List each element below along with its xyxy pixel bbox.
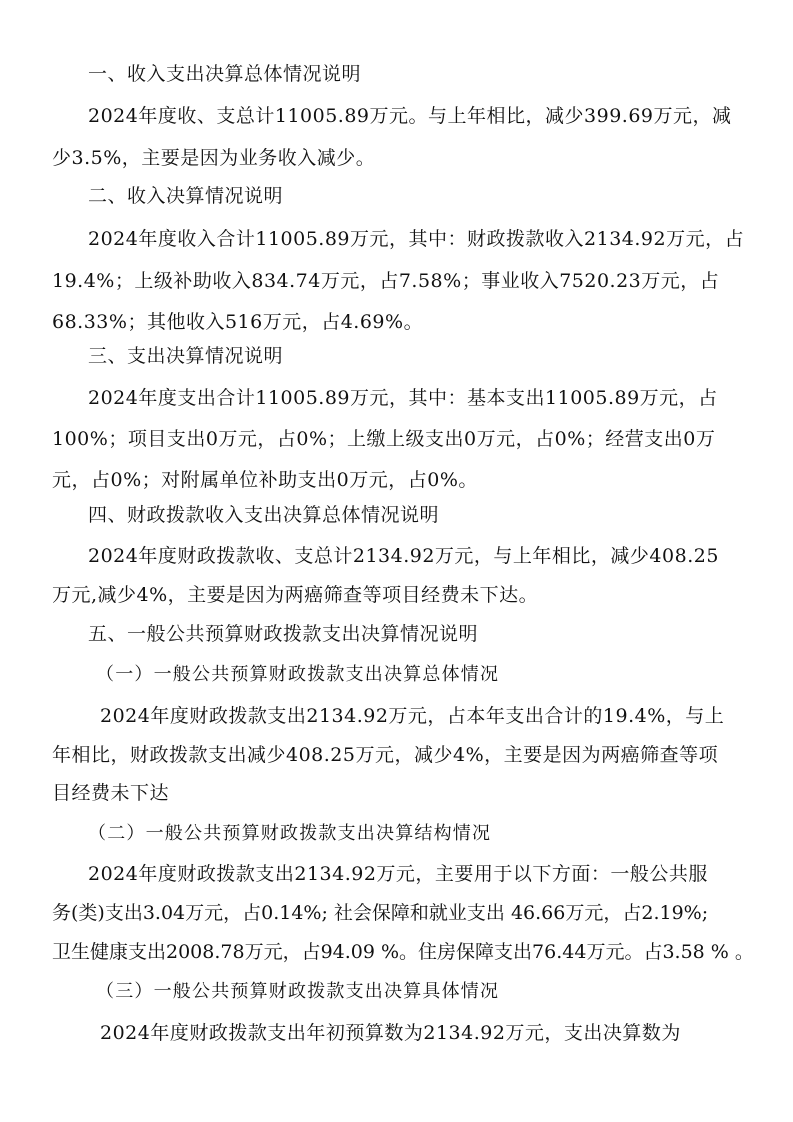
section-2-paragraph-line-2: 19.4%；上级补助收入834.74万元，占7.58%；事业收入7520.23万… [52,269,719,293]
subsection-5-2-paragraph-line-1: 2024年度财政拨款支出2134.92万元，主要用于以下方面：一般公共服 [88,862,708,886]
section-1-paragraph-line-1: 2024年度收、支总计11005.89万元。与上年相比，减少399.69万元，减 [88,104,732,128]
section-3-paragraph-line-3: 元，占0%；对附属单位补助支出0万元，占0%。 [52,468,478,492]
subsection-5-3-heading: （三）一般公共预算财政拨款支出决算具体情况 [96,980,499,1004]
subsection-5-2-heading: （二）一般公共预算财政拨款支出决算结构情况 [88,822,491,846]
subsection-5-1-paragraph-line-2: 年相比，财政拨款支出减少408.25万元，减少4%，主要是因为两癌筛查等项 [52,743,718,767]
section-5-heading: 五、一般公共预算财政拨款支出决算情况说明 [88,622,478,646]
section-3-paragraph-line-1: 2024年度支出合计11005.89万元，其中：基本支出11005.89万元，占 [88,386,718,410]
subsection-5-3-paragraph-line-1: 2024年度财政拨款支出年初预算数为2134.92万元，支出决算数为 [100,1021,681,1045]
section-3-paragraph-line-2: 100%；项目支出0万元，占0%；上缴上级支出0万元，占0%；经营支出0万 [52,427,715,451]
subsection-5-1-heading: （一）一般公共预算财政拨款支出决算总体情况 [96,663,499,687]
section-1-paragraph-line-2: 少3.5%，主要是因为业务收入减少。 [52,146,375,170]
section-4-paragraph-line-2: 万元,减少4%，主要是因为两癌筛查等项目经费未下达。 [52,583,538,607]
subsection-5-1-paragraph-line-1: 2024年度财政拨款支出2134.92万元，占本年支出合计的19.4%，与上 [100,704,724,728]
section-1-heading: 一、收入支出决算总体情况说明 [88,62,361,86]
section-4-heading: 四、财政拨款收入支出决算总体情况说明 [88,503,439,527]
document-page: 一、收入支出决算总体情况说明 2024年度收、支总计11005.89万元。与上年… [0,0,793,1122]
subsection-5-1-paragraph-line-3: 目经费未下达 [52,781,169,805]
section-2-paragraph-line-1: 2024年度收入合计11005.89万元，其中：财政拨款收入2134.92万元，… [88,227,744,251]
subsection-5-2-paragraph-line-3: 卫生健康支出2008.78万元，占94.09 %。住房保障支出76.44万元。占… [52,940,754,964]
section-2-paragraph-line-3: 68.33%；其他收入516万元，占4.69%。 [52,310,423,334]
subsection-5-2-paragraph-line-2: 务(类)支出3.04万元，占0.14%; 社会保障和就业支出 46.66万元，占… [52,901,708,925]
section-3-heading: 三、支出决算情况说明 [88,344,283,368]
section-4-paragraph-line-1: 2024年度财政拨款收、支总计2134.92万元，与上年相比，减少408.25 [88,544,719,568]
section-2-heading: 二、收入决算情况说明 [88,184,283,208]
